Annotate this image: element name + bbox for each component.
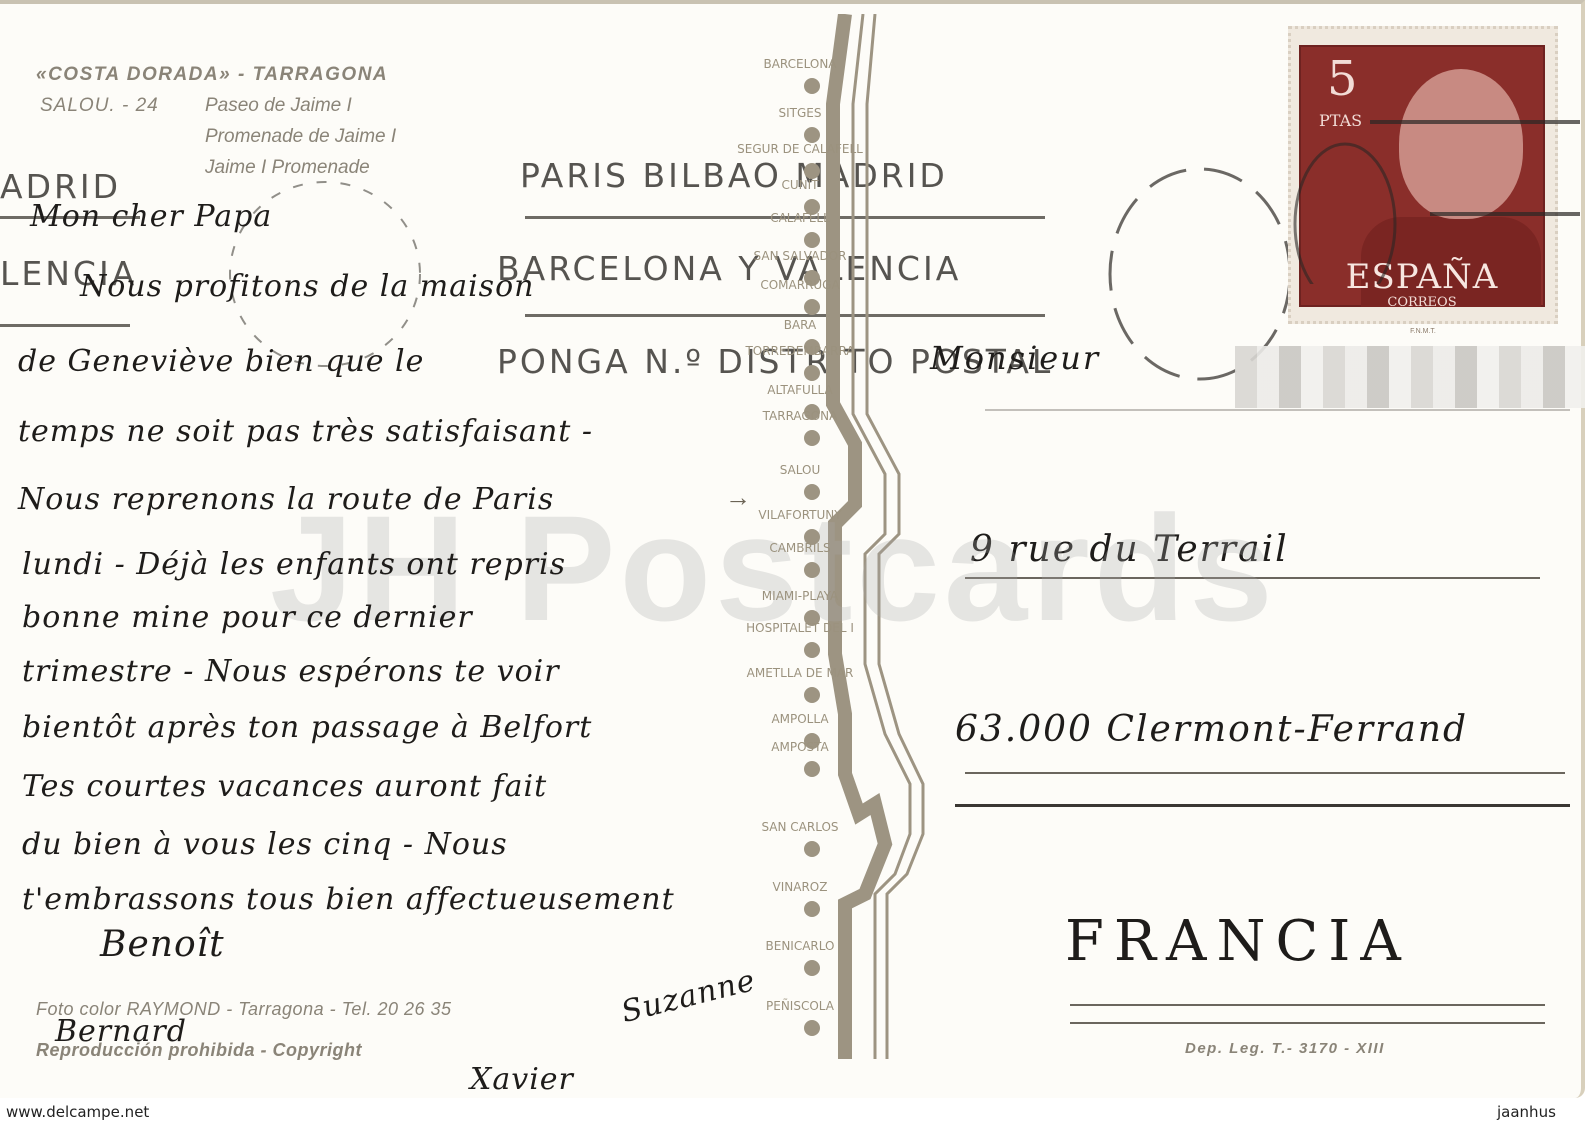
photo-credit: Foto color RAYMOND - Tarragona - Tel. 20…: [36, 999, 452, 1020]
route-town: COMARRUGA: [725, 278, 875, 292]
route-stop-dot: [804, 365, 820, 381]
route-stop-dot: [804, 687, 820, 703]
route-town: AMETLLA DE MAR: [725, 666, 875, 680]
route-stop-dot: [804, 484, 820, 500]
redacted-recipient-name: [1235, 346, 1585, 408]
route-town: MIAMI-PLAYA: [725, 589, 875, 603]
caption-line-fr: Promenade de Jaime I: [205, 126, 396, 148]
route-town: SAN CARLOS: [725, 820, 875, 834]
address-street: 9 rue du Terrail: [970, 529, 1289, 570]
message-greeting: Mon cher Papa: [30, 199, 272, 234]
message-line: temps ne soit pas très satisfaisant -: [18, 414, 593, 449]
address-rule: [965, 577, 1540, 579]
stamp-value: 5: [1327, 51, 1358, 107]
route-town: AMPOSTA: [725, 740, 875, 754]
route-stop-dot: [804, 127, 820, 143]
route-town: AMPOLLA: [725, 712, 875, 726]
legal-deposit: Dep. Leg. T.- 3170 - XIII: [1185, 1040, 1385, 1057]
message-line: bientôt après ton passage à Belfort: [22, 710, 592, 745]
address-country: FRANCIA: [1065, 909, 1411, 974]
caption-line-es: Paseo de Jaime I: [205, 95, 352, 117]
route-stop-dot: [804, 163, 820, 179]
arrow-icon: →: [725, 482, 751, 513]
route-stop-dot: [804, 78, 820, 94]
route-stop-dot: [804, 1020, 820, 1036]
signature-benoit: Benoît: [100, 924, 225, 965]
address-city: 63.000 Clermont-Ferrand: [955, 709, 1468, 750]
route-stop-dot: [804, 761, 820, 777]
caption-title: «COSTA DORADA» - TARRAGONA: [36, 64, 388, 86]
route-stop-dot: [804, 960, 820, 976]
route-town: BENICARLO: [725, 939, 875, 953]
route-town: BARA: [725, 318, 875, 332]
route-town: SAN SALVADOR: [725, 249, 875, 263]
route-stop-dot: [804, 299, 820, 315]
route-town: SALOU: [725, 463, 875, 477]
route-stop-dot: [804, 841, 820, 857]
message-line: t'embrassons tous bien affectueusement: [22, 882, 675, 917]
route-town: CAMBRILS: [725, 541, 875, 555]
route-town: VINAROZ: [725, 880, 875, 894]
route-stop-dot: [804, 430, 820, 446]
postmark-rule: [0, 324, 130, 327]
message-line: Tes courtes vacances auront fait: [22, 769, 547, 804]
address-recipient: Monsieur: [930, 339, 1100, 377]
postmark-rule: [525, 314, 1045, 317]
message-line: Nous reprenons la route de Paris: [18, 482, 554, 517]
route-stop-dot: [804, 562, 820, 578]
route-town: BARCELONA: [725, 57, 875, 71]
address-rule: [1070, 1004, 1545, 1006]
route-town: TARRAGONA: [725, 409, 875, 423]
route-town: SEGUR DE CALAFELL: [725, 142, 875, 156]
signature-xavier: Xavier: [470, 1062, 574, 1097]
message-line: lundi - Déjà les enfants ont repris: [22, 547, 566, 582]
route-town: CUNIT: [725, 178, 875, 192]
message-line: bonne mine pour ce dernier: [22, 600, 473, 635]
stamp-cancellation: [1290, 114, 1580, 284]
route-town: PEÑISCOLA: [725, 999, 875, 1013]
message-line: Nous profitons de la maison: [80, 269, 534, 304]
message-line: de Geneviève bien que le: [18, 344, 424, 379]
route-stop-dot: [804, 901, 820, 917]
stamp-printer: F.N.M.T.: [1291, 328, 1555, 335]
address-rule: [985, 409, 1570, 411]
message-line: trimestre - Nous espérons te voir: [22, 654, 560, 689]
route-town: SITGES: [725, 106, 875, 120]
route-town: HOSPITALET DEL I: [725, 621, 875, 635]
site-credit-right: jaanhus: [1497, 1103, 1556, 1121]
stamp-service: CORREOS: [1301, 295, 1543, 310]
copyright-notice: Reproducción prohibida - Copyright: [36, 1040, 362, 1061]
route-town: CALAFELL: [725, 211, 875, 225]
coastline-map: [815, 14, 925, 1064]
route-town: TORREDEMBARRA: [725, 344, 875, 358]
site-credit-left: www.delcampe.net: [6, 1103, 149, 1121]
message-line: du bien à vous les cinq - Nous: [22, 827, 508, 862]
route-stop-dot: [804, 232, 820, 248]
address-rule: [965, 772, 1565, 774]
route-stop-dot: [804, 642, 820, 658]
signature-suzanne: Suzanne: [618, 963, 759, 1030]
address-rule: [955, 804, 1570, 807]
caption-number: SALOU. - 24: [40, 95, 159, 117]
route-town: ALTAFULLA: [725, 383, 875, 397]
address-rule: [1070, 1022, 1545, 1024]
postcard-back: «COSTA DORADA» - TARRAGONA SALOU. - 24 P…: [0, 0, 1585, 1098]
